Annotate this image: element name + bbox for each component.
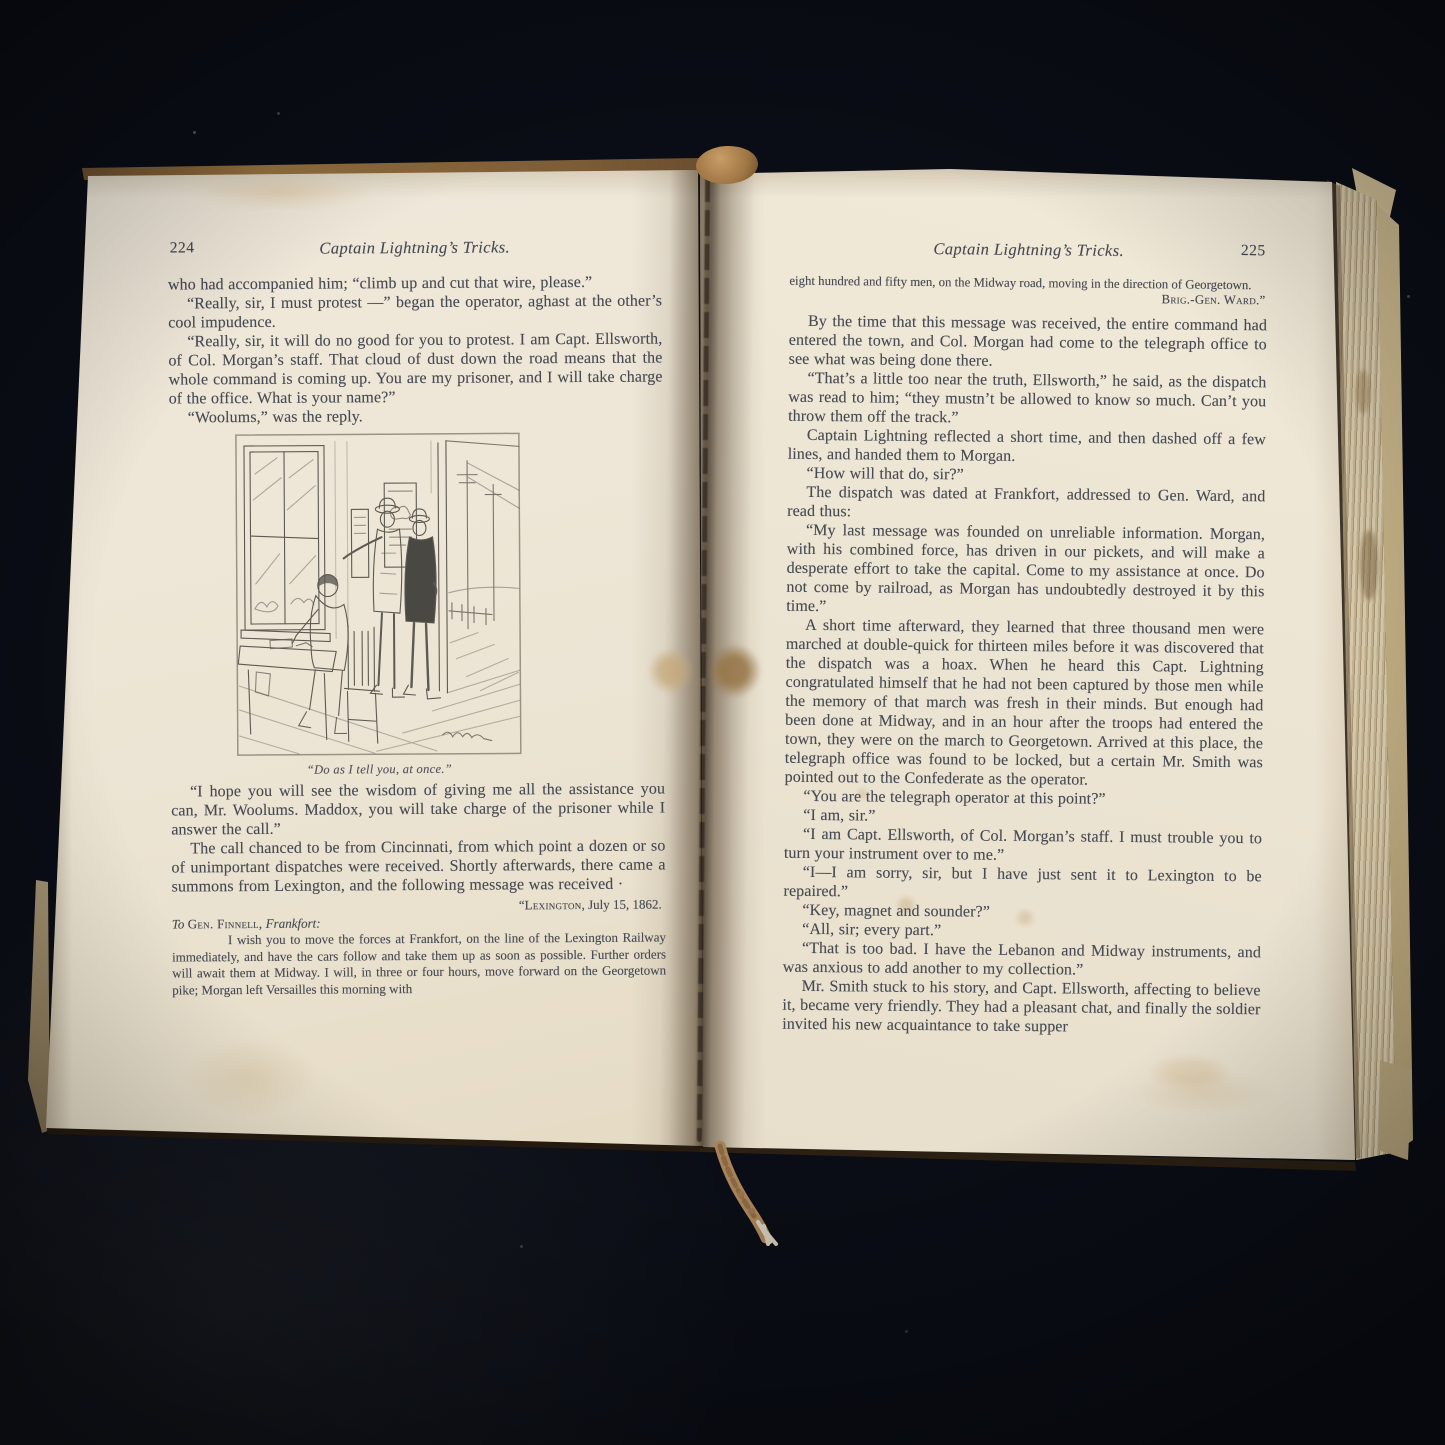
paragraph: Mr. Smith stuck to his story, and Capt. … — [782, 977, 1261, 1039]
telegram-continuation: eight hundred and fifty men, on the Midw… — [789, 274, 1267, 310]
paragraph: “That’s a little too near the truth, Ell… — [788, 369, 1267, 431]
letter-dateline-place: Lexington — [525, 897, 582, 912]
illustration-figure: “Do as I tell you, at once.” — [235, 432, 522, 778]
paragraph: “Really, sir, it will do no good for you… — [168, 329, 662, 408]
paragraph: “That is too bad. I have the Lebanon and… — [783, 939, 1261, 982]
paragraph: “I am Capt. Ellsworth, of Col. Morgan’s … — [784, 825, 1262, 868]
left-page-content: 224 Captain Lightning’s Tricks. who had … — [168, 236, 667, 998]
illustration-caption: “Do as I tell you, at once.” — [237, 761, 522, 778]
dust-speck — [520, 1245, 523, 1248]
running-title: Captain Lightning’s Tricks. — [790, 238, 1268, 263]
paragraph: The dispatch was dated at Frankfort, add… — [787, 483, 1265, 526]
left-page-header: 224 Captain Lightning’s Tricks. — [168, 236, 662, 261]
paragraph: The call chanced to be from Cincinnati, … — [171, 836, 665, 896]
illustration-border — [236, 433, 521, 755]
chair — [344, 625, 380, 743]
edge-stain — [1356, 370, 1370, 414]
illustration-telegraph-office-drawing — [235, 432, 522, 756]
page-stain — [707, 644, 761, 698]
window — [240, 446, 330, 643]
paragraph: “I hope you will see the wisdom of givin… — [171, 779, 665, 839]
dust-speck — [1407, 295, 1410, 298]
edge-stain — [1360, 530, 1378, 600]
page-stain — [1150, 1055, 1230, 1089]
paragraph: “My last message was founded on unreliab… — [786, 521, 1265, 621]
page-number: 224 — [170, 239, 195, 257]
dust-speck — [277, 112, 280, 115]
dust-speck — [905, 1330, 908, 1333]
dust-speck — [193, 131, 196, 134]
telegram-letter: “Lexington, July 15, 1862. To Gen. Finne… — [172, 896, 667, 998]
telegram-signature: Brig.-Gen. Ward.” — [1162, 292, 1266, 308]
paragraph: A short time afterward, they learned tha… — [785, 616, 1265, 792]
paragraph: “Really, sir, I must protest —” began th… — [168, 291, 662, 332]
letter-dateline: “Lexington, July 15, 1862. — [172, 897, 662, 916]
book-photograph: 224 Captain Lightning’s Tricks. who had … — [0, 0, 1445, 1445]
doorway-and-telegraph-poles — [438, 440, 521, 692]
paragraph: “I—I am sorry, sir, but I have just sent… — [783, 863, 1261, 906]
right-page-header: Captain Lightning’s Tricks. 225 — [790, 238, 1268, 265]
paragraph: By the time that this message was receiv… — [789, 312, 1268, 374]
page-number: 225 — [1241, 242, 1266, 260]
letter-body: I wish you to move the forces at Frankfo… — [172, 929, 666, 998]
paragraph: Captain Lightning reflected a short time… — [788, 426, 1266, 469]
letter-addressee-name: Gen. Finnell, — [188, 915, 263, 930]
bookmark-string — [700, 1140, 820, 1270]
seated-operator — [292, 574, 349, 733]
right-page-content: Captain Lightning’s Tricks. 225 eight hu… — [782, 238, 1268, 1039]
running-title: Captain Lightning’s Tricks. — [168, 236, 662, 259]
artist-signature — [443, 732, 492, 741]
floor-planks — [239, 670, 519, 754]
paragraph: “Woolums,” was the reply. — [169, 405, 663, 427]
